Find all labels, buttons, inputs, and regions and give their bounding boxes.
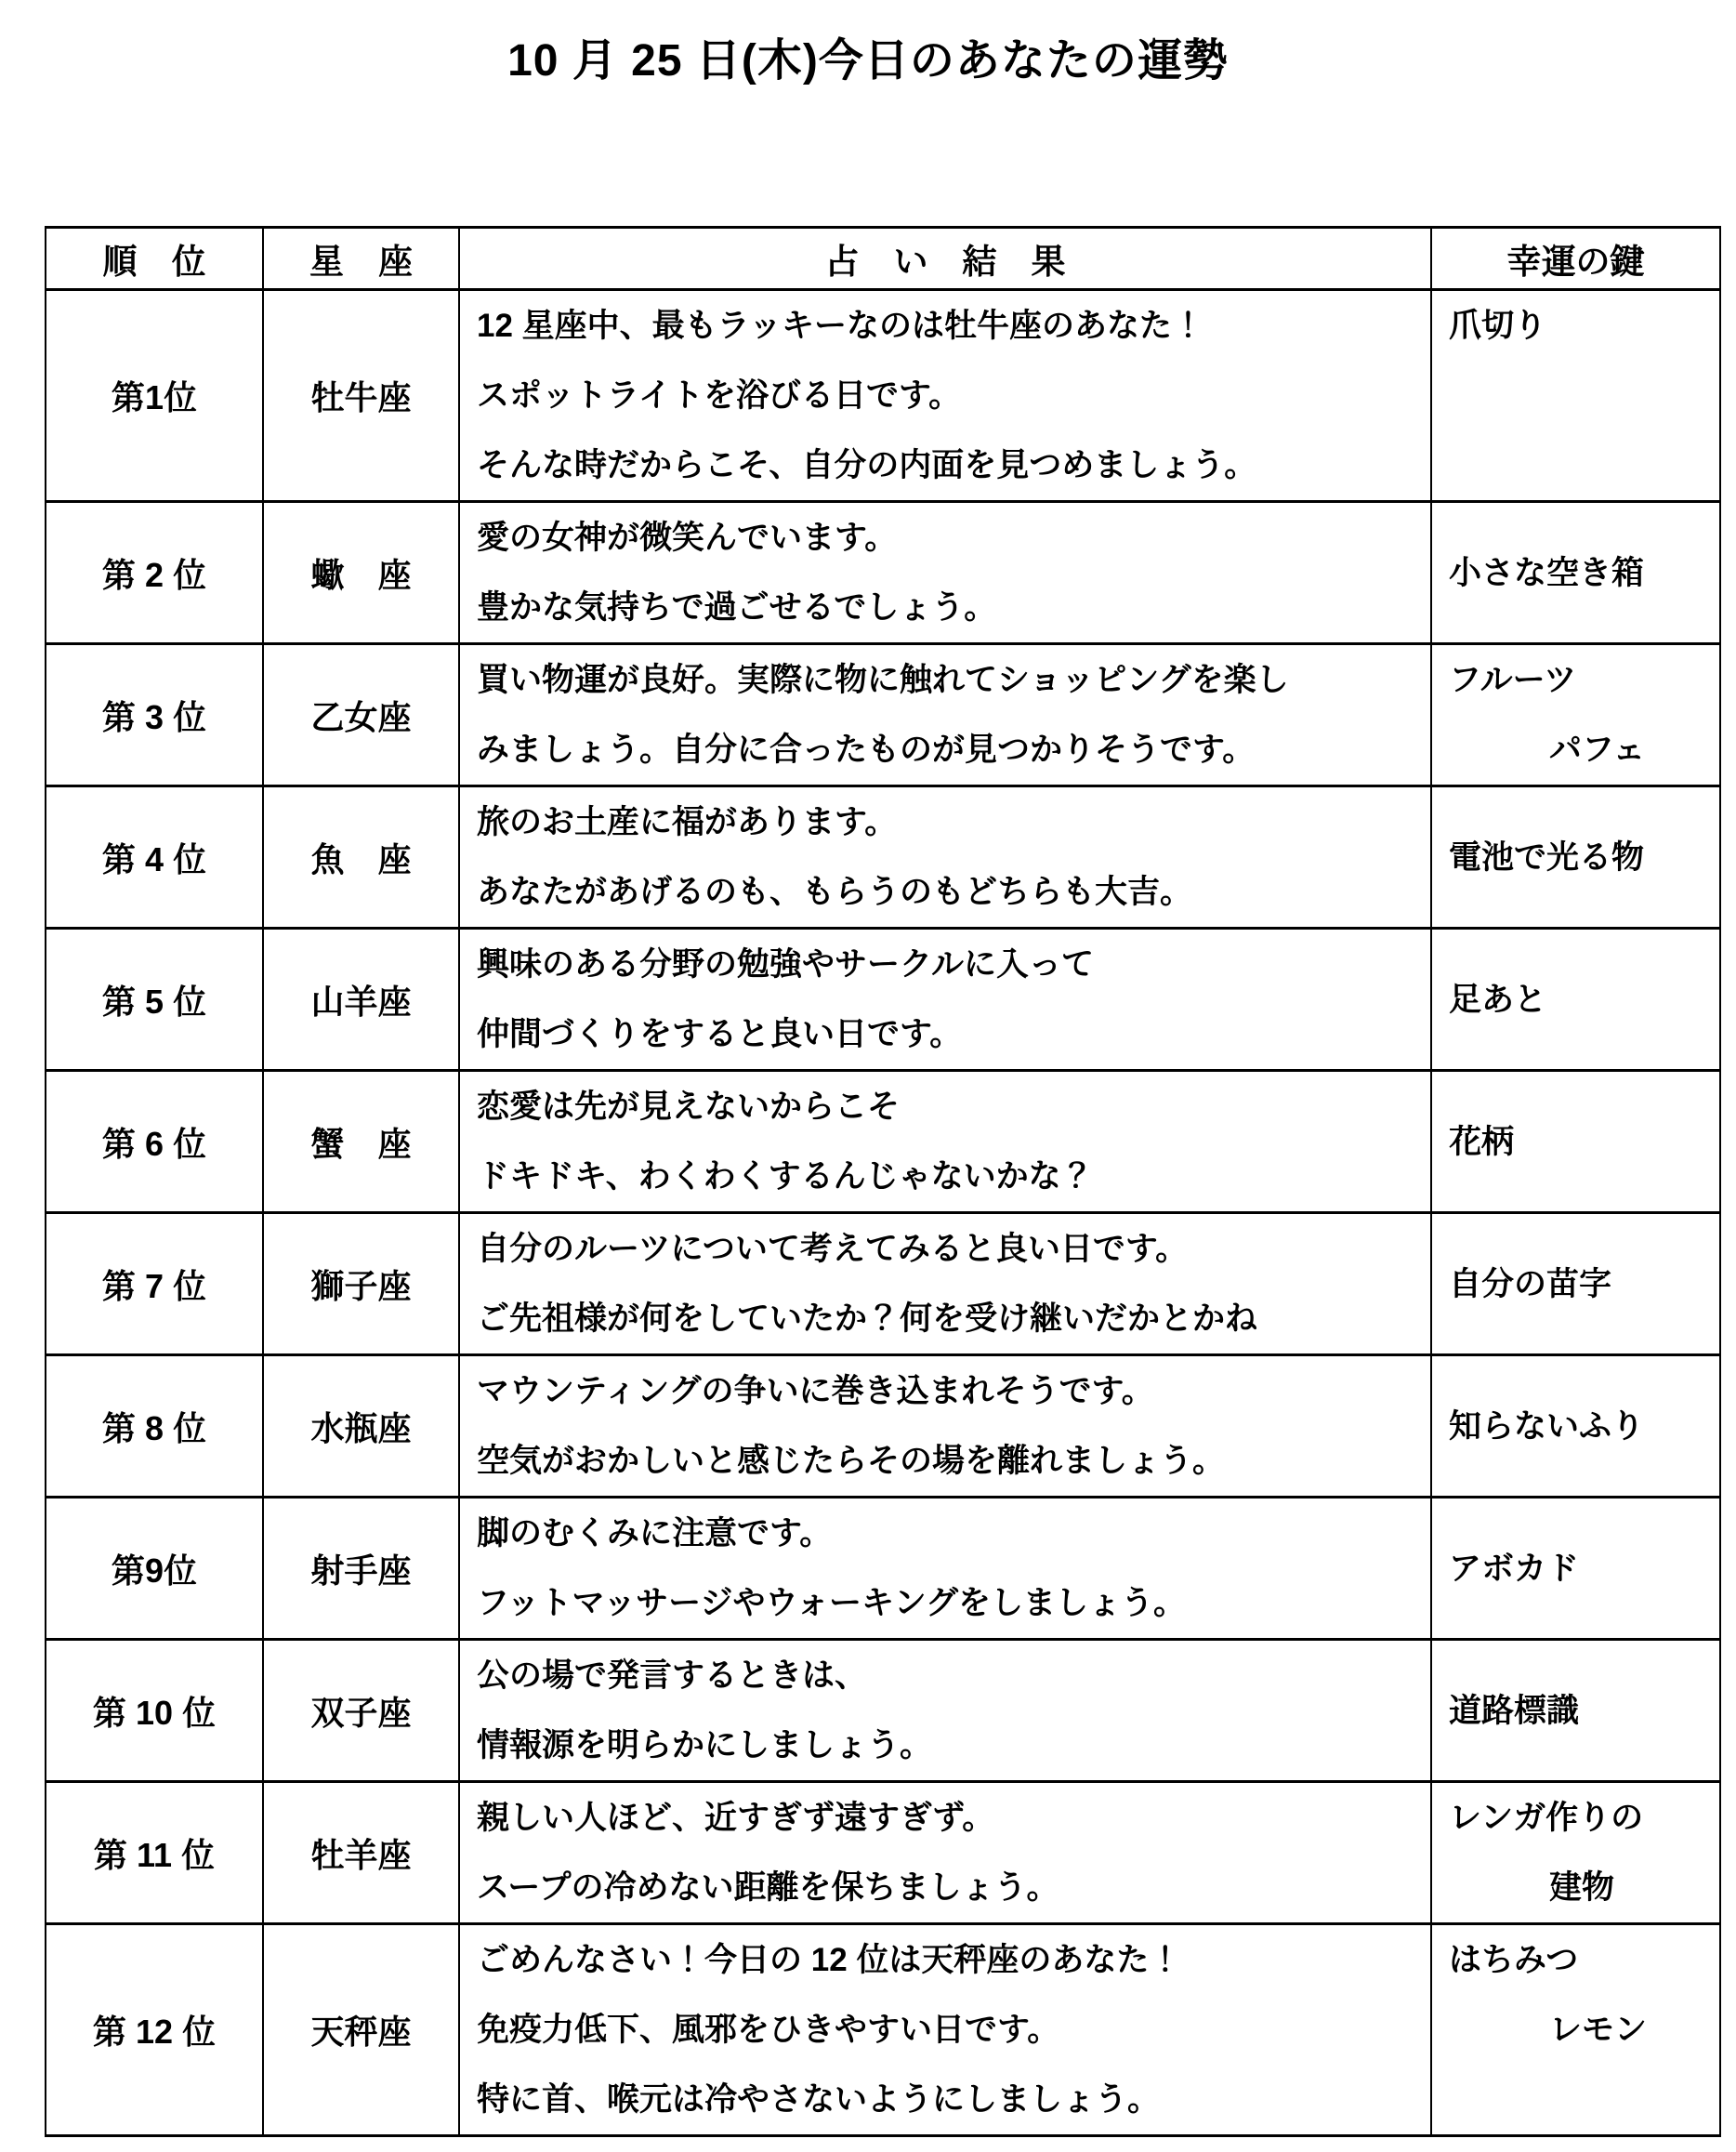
fortune-cell: 親しい人ほど、近すぎず遠すぎず。スープの冷めない距離を保ちましょう。 [459,1782,1431,1924]
sign-cell: 双子座 [263,1640,459,1782]
fortune-line: 免疫力低下、風邪をひきやすい日です。 [477,1995,1423,2065]
rank-cell: 第 5 位 [46,929,263,1071]
lucky-key-cell: アボカド [1431,1498,1720,1640]
sign-cell: 山羊座 [263,929,459,1071]
table-row: 第 6 位蟹 座恋愛は先が見えないからこそドキドキ、わくわくするんじゃないかな？… [46,1071,1720,1213]
fortune-cell: 12 星座中、最もラッキーなのは牡牛座のあなた！スポットライトを浴びる日です。そ… [459,290,1431,502]
header-row: 順 位 星 座 占 い 結 果 幸運の鍵 [46,228,1720,290]
lucky-key-line: アボカド [1449,1534,1716,1604]
fortune-line: 特に首、喉元は冷やさないようにしましょう。 [477,2065,1423,2134]
header-lucky-key: 幸運の鍵 [1431,228,1720,290]
lucky-key-line: 道路標識 [1449,1676,1716,1746]
table-row: 第 4 位魚 座旅のお土産に福があります。あなたがあげるのも、もらうのもどちらも… [46,786,1720,929]
page-title: 10 月 25 日(木)今日のあなたの運勢 [0,0,1736,88]
fortune-line: 仲間づくりをすると良い日です。 [477,999,1423,1069]
lucky-key-line: 建物 [1449,1853,1716,1922]
lucky-key-cell: 花柄 [1431,1071,1720,1213]
lucky-key-line: はちみつ [1449,1925,1716,1995]
table-row: 第 12 位天秤座ごめんなさい！今日の 12 位は天秤座のあなた！免疫力低下、風… [46,1924,1720,2136]
fortune-cell: マウンティングの争いに巻き込まれそうです。空気がおかしいと感じたらその場を離れま… [459,1355,1431,1498]
fortune-line: マウンティングの争いに巻き込まれそうです。 [477,1356,1423,1426]
sign-cell: 射手座 [263,1498,459,1640]
fortune-cell: 興味のある分野の勉強やサークルに入って仲間づくりをすると良い日です。 [459,929,1431,1071]
table-row: 第 11 位牡羊座親しい人ほど、近すぎず遠すぎず。スープの冷めない距離を保ちまし… [46,1782,1720,1924]
fortune-line: 豊かな気持ちで過ごせるでしょう。 [477,573,1423,642]
rank-cell: 第 7 位 [46,1213,263,1355]
table-row: 第9位射手座脚のむくみに注意です。フットマッサージやウォーキングをしましょう。ア… [46,1498,1720,1640]
table-row: 第 5 位山羊座興味のある分野の勉強やサークルに入って仲間づくりをすると良い日で… [46,929,1720,1071]
header-sign: 星 座 [263,228,459,290]
lucky-key-line: 足あと [1449,965,1716,1035]
lucky-key-line: 知らないふり [1449,1392,1716,1461]
fortune-line: 自分のルーツについて考えてみると良い日です。 [477,1214,1423,1284]
sign-cell: 水瓶座 [263,1355,459,1498]
lucky-key-line: 花柄 [1449,1107,1716,1177]
lucky-key-cell: 爪切り [1431,290,1720,502]
rank-cell: 第 6 位 [46,1071,263,1213]
rank-cell: 第 11 位 [46,1782,263,1924]
lucky-key-line: 爪切り [1449,291,1716,361]
lucky-key-cell: 小さな空き箱 [1431,502,1720,644]
rank-cell: 第 4 位 [46,786,263,929]
lucky-key-cell: 自分の苗字 [1431,1213,1720,1355]
lucky-key-line: 自分の苗字 [1449,1249,1716,1319]
fortune-line: ご先祖様が何をしていたか？何を受け継いだかとかね [477,1284,1423,1353]
fortune-line: 親しい人ほど、近すぎず遠すぎず。 [477,1783,1423,1853]
lucky-key-cell: フルーツパフェ [1431,644,1720,786]
table-row: 第 10 位双子座公の場で発言するときは、情報源を明らかにしましょう。道路標識 [46,1640,1720,1782]
fortune-line: 公の場で発言するときは、 [477,1641,1423,1710]
table-row: 第1位牡牛座12 星座中、最もラッキーなのは牡牛座のあなた！スポットライトを浴び… [46,290,1720,502]
fortune-cell: 恋愛は先が見えないからこそドキドキ、わくわくするんじゃないかな？ [459,1071,1431,1213]
fortune-cell: 旅のお土産に福があります。あなたがあげるのも、もらうのもどちらも大吉。 [459,786,1431,929]
fortune-line: そんな時だからこそ、自分の内面を見つめましょう。 [477,430,1423,500]
table-row: 第 3 位乙女座買い物運が良好。実際に物に触れてショッピングを楽しみましょう。自… [46,644,1720,786]
fortune-line: ドキドキ、わくわくするんじゃないかな？ [477,1142,1423,1211]
fortune-line: ごめんなさい！今日の 12 位は天秤座のあなた！ [477,1925,1423,1995]
fortune-line: スポットライトを浴びる日です。 [477,361,1423,430]
rank-cell: 第 12 位 [46,1924,263,2136]
lucky-key-cell: 知らないふり [1431,1355,1720,1498]
table-row: 第 2 位蠍 座愛の女神が微笑んでいます。豊かな気持ちで過ごせるでしょう。小さな… [46,502,1720,644]
lucky-key-cell: はちみつレモン [1431,1924,1720,2136]
lucky-key-cell: 道路標識 [1431,1640,1720,1782]
fortune-cell: 買い物運が良好。実際に物に触れてショッピングを楽しみましょう。自分に合ったものが… [459,644,1431,786]
rank-cell: 第 3 位 [46,644,263,786]
table-body: 第1位牡牛座12 星座中、最もラッキーなのは牡牛座のあなた！スポットライトを浴び… [46,290,1720,2136]
fortune-line: 旅のお土産に福があります。 [477,787,1423,857]
rank-cell: 第 2 位 [46,502,263,644]
lucky-key-cell: レンガ作りの建物 [1431,1782,1720,1924]
sign-cell: 蟹 座 [263,1071,459,1213]
fortune-line: フットマッサージやウォーキングをしましょう。 [477,1568,1423,1638]
fortune-line: 愛の女神が微笑んでいます。 [477,503,1423,573]
lucky-key-line: レモン [1449,1995,1716,2065]
lucky-key-line: 小さな空き箱 [1449,538,1716,608]
rank-cell: 第 10 位 [46,1640,263,1782]
rank-cell: 第 8 位 [46,1355,263,1498]
rank-cell: 第9位 [46,1498,263,1640]
sign-cell: 獅子座 [263,1213,459,1355]
fortune-line: 恋愛は先が見えないからこそ [477,1072,1423,1142]
fortune-cell: 公の場で発言するときは、情報源を明らかにしましょう。 [459,1640,1431,1782]
sign-cell: 魚 座 [263,786,459,929]
fortune-line: 情報源を明らかにしましょう。 [477,1710,1423,1780]
table-row: 第 7 位獅子座自分のルーツについて考えてみると良い日です。ご先祖様が何をしてい… [46,1213,1720,1355]
fortune-line: 12 星座中、最もラッキーなのは牡牛座のあなた！ [477,291,1423,361]
sign-cell: 乙女座 [263,644,459,786]
fortune-table: 順 位 星 座 占 い 結 果 幸運の鍵 第1位牡牛座12 星座中、最もラッキー… [45,226,1721,2137]
document-page: 10 月 25 日(木)今日のあなたの運勢 順 位 星 座 占 い 結 果 幸運… [0,0,1736,2152]
fortune-cell: 脚のむくみに注意です。フットマッサージやウォーキングをしましょう。 [459,1498,1431,1640]
lucky-key-line: レンガ作りの [1449,1783,1716,1853]
fortune-line: みましょう。自分に合ったものが見つかりそうです。 [477,715,1423,785]
fortune-line: 買い物運が良好。実際に物に触れてショッピングを楽し [477,645,1423,715]
fortune-line: 空気がおかしいと感じたらその場を離れましょう。 [477,1426,1423,1496]
header-rank: 順 位 [46,228,263,290]
table-row: 第 8 位水瓶座マウンティングの争いに巻き込まれそうです。空気がおかしいと感じた… [46,1355,1720,1498]
fortune-cell: 自分のルーツについて考えてみると良い日です。ご先祖様が何をしていたか？何を受け継… [459,1213,1431,1355]
sign-cell: 牡牛座 [263,290,459,502]
fortune-line: あなたがあげるのも、もらうのもどちらも大吉。 [477,857,1423,927]
lucky-key-cell: 電池で光る物 [1431,786,1720,929]
fortune-cell: ごめんなさい！今日の 12 位は天秤座のあなた！免疫力低下、風邪をひきやすい日で… [459,1924,1431,2136]
table-header: 順 位 星 座 占 い 結 果 幸運の鍵 [46,228,1720,290]
fortune-cell: 愛の女神が微笑んでいます。豊かな気持ちで過ごせるでしょう。 [459,502,1431,644]
fortune-line: スープの冷めない距離を保ちましょう。 [477,1853,1423,1922]
fortune-line: 脚のむくみに注意です。 [477,1498,1423,1568]
header-result: 占 い 結 果 [459,228,1431,290]
sign-cell: 天秤座 [263,1924,459,2136]
rank-cell: 第1位 [46,290,263,502]
lucky-key-cell: 足あと [1431,929,1720,1071]
sign-cell: 蠍 座 [263,502,459,644]
lucky-key-line: 電池で光る物 [1449,823,1716,892]
lucky-key-line: フルーツ [1449,645,1716,715]
lucky-key-line: パフェ [1449,715,1716,785]
fortune-line: 興味のある分野の勉強やサークルに入って [477,930,1423,999]
sign-cell: 牡羊座 [263,1782,459,1924]
